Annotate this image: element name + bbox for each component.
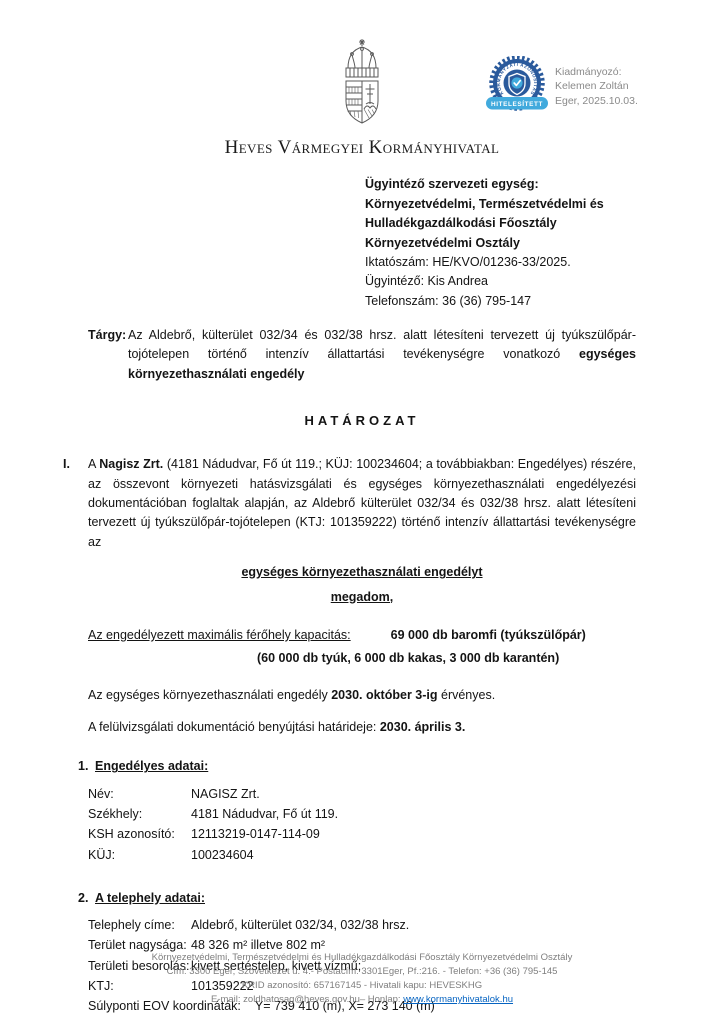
org-unit-block: Ügyintéző szervezeti egység: Környezetvé…: [365, 175, 665, 311]
issuer-label: Kiadmányozó:: [555, 65, 638, 79]
seal-ribbon-text: HITELESÍTETT: [491, 99, 543, 108]
paragraph-marker: I.: [63, 455, 88, 552]
document-page: KORMÁNYZATI AZONOSÍTÁSSAL HITELESÍTETT K…: [0, 0, 724, 1024]
grant-line-1: egységes környezethasználati engedélyt: [88, 563, 636, 582]
grant-line-2: megadom,: [88, 588, 636, 607]
footer-line-4: E-mail: zoldhatosag@heves.gov.hu– Honlap…: [0, 993, 724, 1007]
subject-text-normal: Az Aldebrő, külterület 032/34 és 032/38 …: [128, 328, 636, 361]
footer-line-2: Cím: 3300 Eger, Szövetkezet u. 4.- Posta…: [0, 965, 724, 979]
footer-website-link[interactable]: www.kormanyhivatalok.hu: [403, 994, 513, 1005]
row-label: Telephely címe:: [88, 915, 191, 935]
org-dept-line1: Környezetvédelmi, Természetvédelmi és: [365, 195, 665, 214]
row-value: 12113219-0147-114-09: [191, 824, 320, 844]
capacity-value: 69 000 db baromfi (tyúkszülőpár): [391, 626, 586, 645]
hitelesitett-seal-icon: KORMÁNYZATI AZONOSÍTÁSSAL HITELESÍTETT: [486, 56, 548, 116]
certification-badge: KORMÁNYZATI AZONOSÍTÁSSAL HITELESÍTETT K…: [486, 56, 638, 116]
footer-line-3: KRID azonosító: 657167145 - Hivatali kap…: [0, 979, 724, 993]
decision-paragraph-1: I. A Nagisz Zrt. (4181 Nádudvar, Fő út 1…: [88, 455, 636, 552]
paragraph-text-pre: A: [88, 457, 99, 471]
paragraph-company-name: Nagisz Zrt.: [99, 457, 163, 471]
capacity-label: Az engedélyezett maximális férőhely kapa…: [88, 626, 351, 645]
table-row: Név: NAGISZ Zrt.: [88, 784, 636, 804]
section-1-heading: 1. Engedélyes adatai:: [88, 757, 636, 776]
row-label: KSH azonosító:: [88, 824, 191, 844]
section-2-heading: 2. A telephely adatai:: [88, 889, 636, 908]
table-row: KÜJ: 100234604: [88, 845, 636, 865]
org-dept-line2: Hulladékgazdálkodási Főosztály: [365, 214, 665, 233]
review-sentence: A felülvizsgálati dokumentáció benyújtás…: [88, 718, 636, 737]
row-label: Székhely:: [88, 804, 191, 824]
validity-post: érvényes.: [438, 688, 496, 702]
org-dept-line3: Környezetvédelmi Osztály: [365, 234, 665, 253]
section-1-rows: Név: NAGISZ Zrt. Székhely: 4181 Nádudvar…: [88, 784, 636, 865]
paragraph-text: A Nagisz Zrt. (4181 Nádudvar, Fő út 119.…: [88, 455, 636, 552]
row-value: NAGISZ Zrt.: [191, 784, 260, 804]
decision-title: HATÁROZAT: [88, 411, 636, 431]
section-1-number: 1.: [78, 757, 95, 776]
org-phone: Telefonszám: 36 (36) 795-147: [365, 292, 665, 311]
issuer-info: Kiadmányozó: Kelemen Zoltán Eger, 2025.1…: [555, 56, 638, 116]
issuer-name: Kelemen Zoltán: [555, 79, 638, 93]
section-1-title: Engedélyes adatai:: [95, 757, 208, 776]
subject-text: Az Aldebrő, külterület 032/34 és 032/38 …: [128, 326, 636, 384]
row-value: Aldebrő, külterület 032/34, 032/38 hrsz.: [191, 915, 409, 935]
footer-line-1: Környezetvédelmi, Természetvédelmi és Hu…: [0, 951, 724, 965]
office-title: Heves Vármegyei Kormányhivatal: [0, 133, 724, 162]
hungarian-coat-of-arms-icon: [339, 38, 385, 126]
capacity-detail: (60 000 db tyúk, 6 000 db kakas, 3 000 d…: [257, 649, 636, 668]
subject-label: Tárgy:: [88, 326, 128, 384]
org-reg-number: Iktatószám: HE/KVO/01236-33/2025.: [365, 253, 665, 272]
org-heading: Ügyintéző szervezeti egység:: [365, 175, 665, 194]
validity-sentence: Az egységes környezethasználati engedély…: [88, 686, 636, 705]
footer-email-text: E-mail: zoldhatosag@heves.gov.hu– Honlap…: [211, 994, 403, 1005]
review-date: 2030. április 3.: [380, 720, 465, 734]
section-2-number: 2.: [78, 889, 95, 908]
review-pre: A felülvizsgálati dokumentáció benyújtás…: [88, 720, 380, 734]
table-row: Székhely: 4181 Nádudvar, Fő út 119.: [88, 804, 636, 824]
row-label: KÜJ:: [88, 845, 191, 865]
document-body: Ügyintéző szervezeti egység: Környezetvé…: [0, 175, 724, 1016]
validity-pre: Az egységes környezethasználati engedély: [88, 688, 331, 702]
row-value: 4181 Nádudvar, Fő út 119.: [191, 804, 338, 824]
table-row: Telephely címe: Aldebrő, külterület 032/…: [88, 915, 636, 935]
subject-block: Tárgy: Az Aldebrő, külterület 032/34 és …: [88, 326, 636, 384]
row-value: 100234604: [191, 845, 254, 865]
issuer-date: Eger, 2025.10.03.: [555, 94, 638, 108]
org-clerk: Ügyintéző: Kis Andrea: [365, 272, 665, 291]
capacity-row: Az engedélyezett maximális férőhely kapa…: [88, 626, 636, 645]
validity-date: 2030. október 3-ig: [331, 688, 437, 702]
grant-statement: egységes környezethasználati engedélyt m…: [88, 563, 636, 607]
row-label: Név:: [88, 784, 191, 804]
table-row: KSH azonosító: 12113219-0147-114-09: [88, 824, 636, 844]
page-footer: Környezetvédelmi, Természetvédelmi és Hu…: [0, 951, 724, 1007]
section-2-title: A telephely adatai:: [95, 889, 205, 908]
paragraph-text-post: (4181 Nádudvar, Fő út 119.; KÜJ: 1002346…: [88, 457, 636, 549]
